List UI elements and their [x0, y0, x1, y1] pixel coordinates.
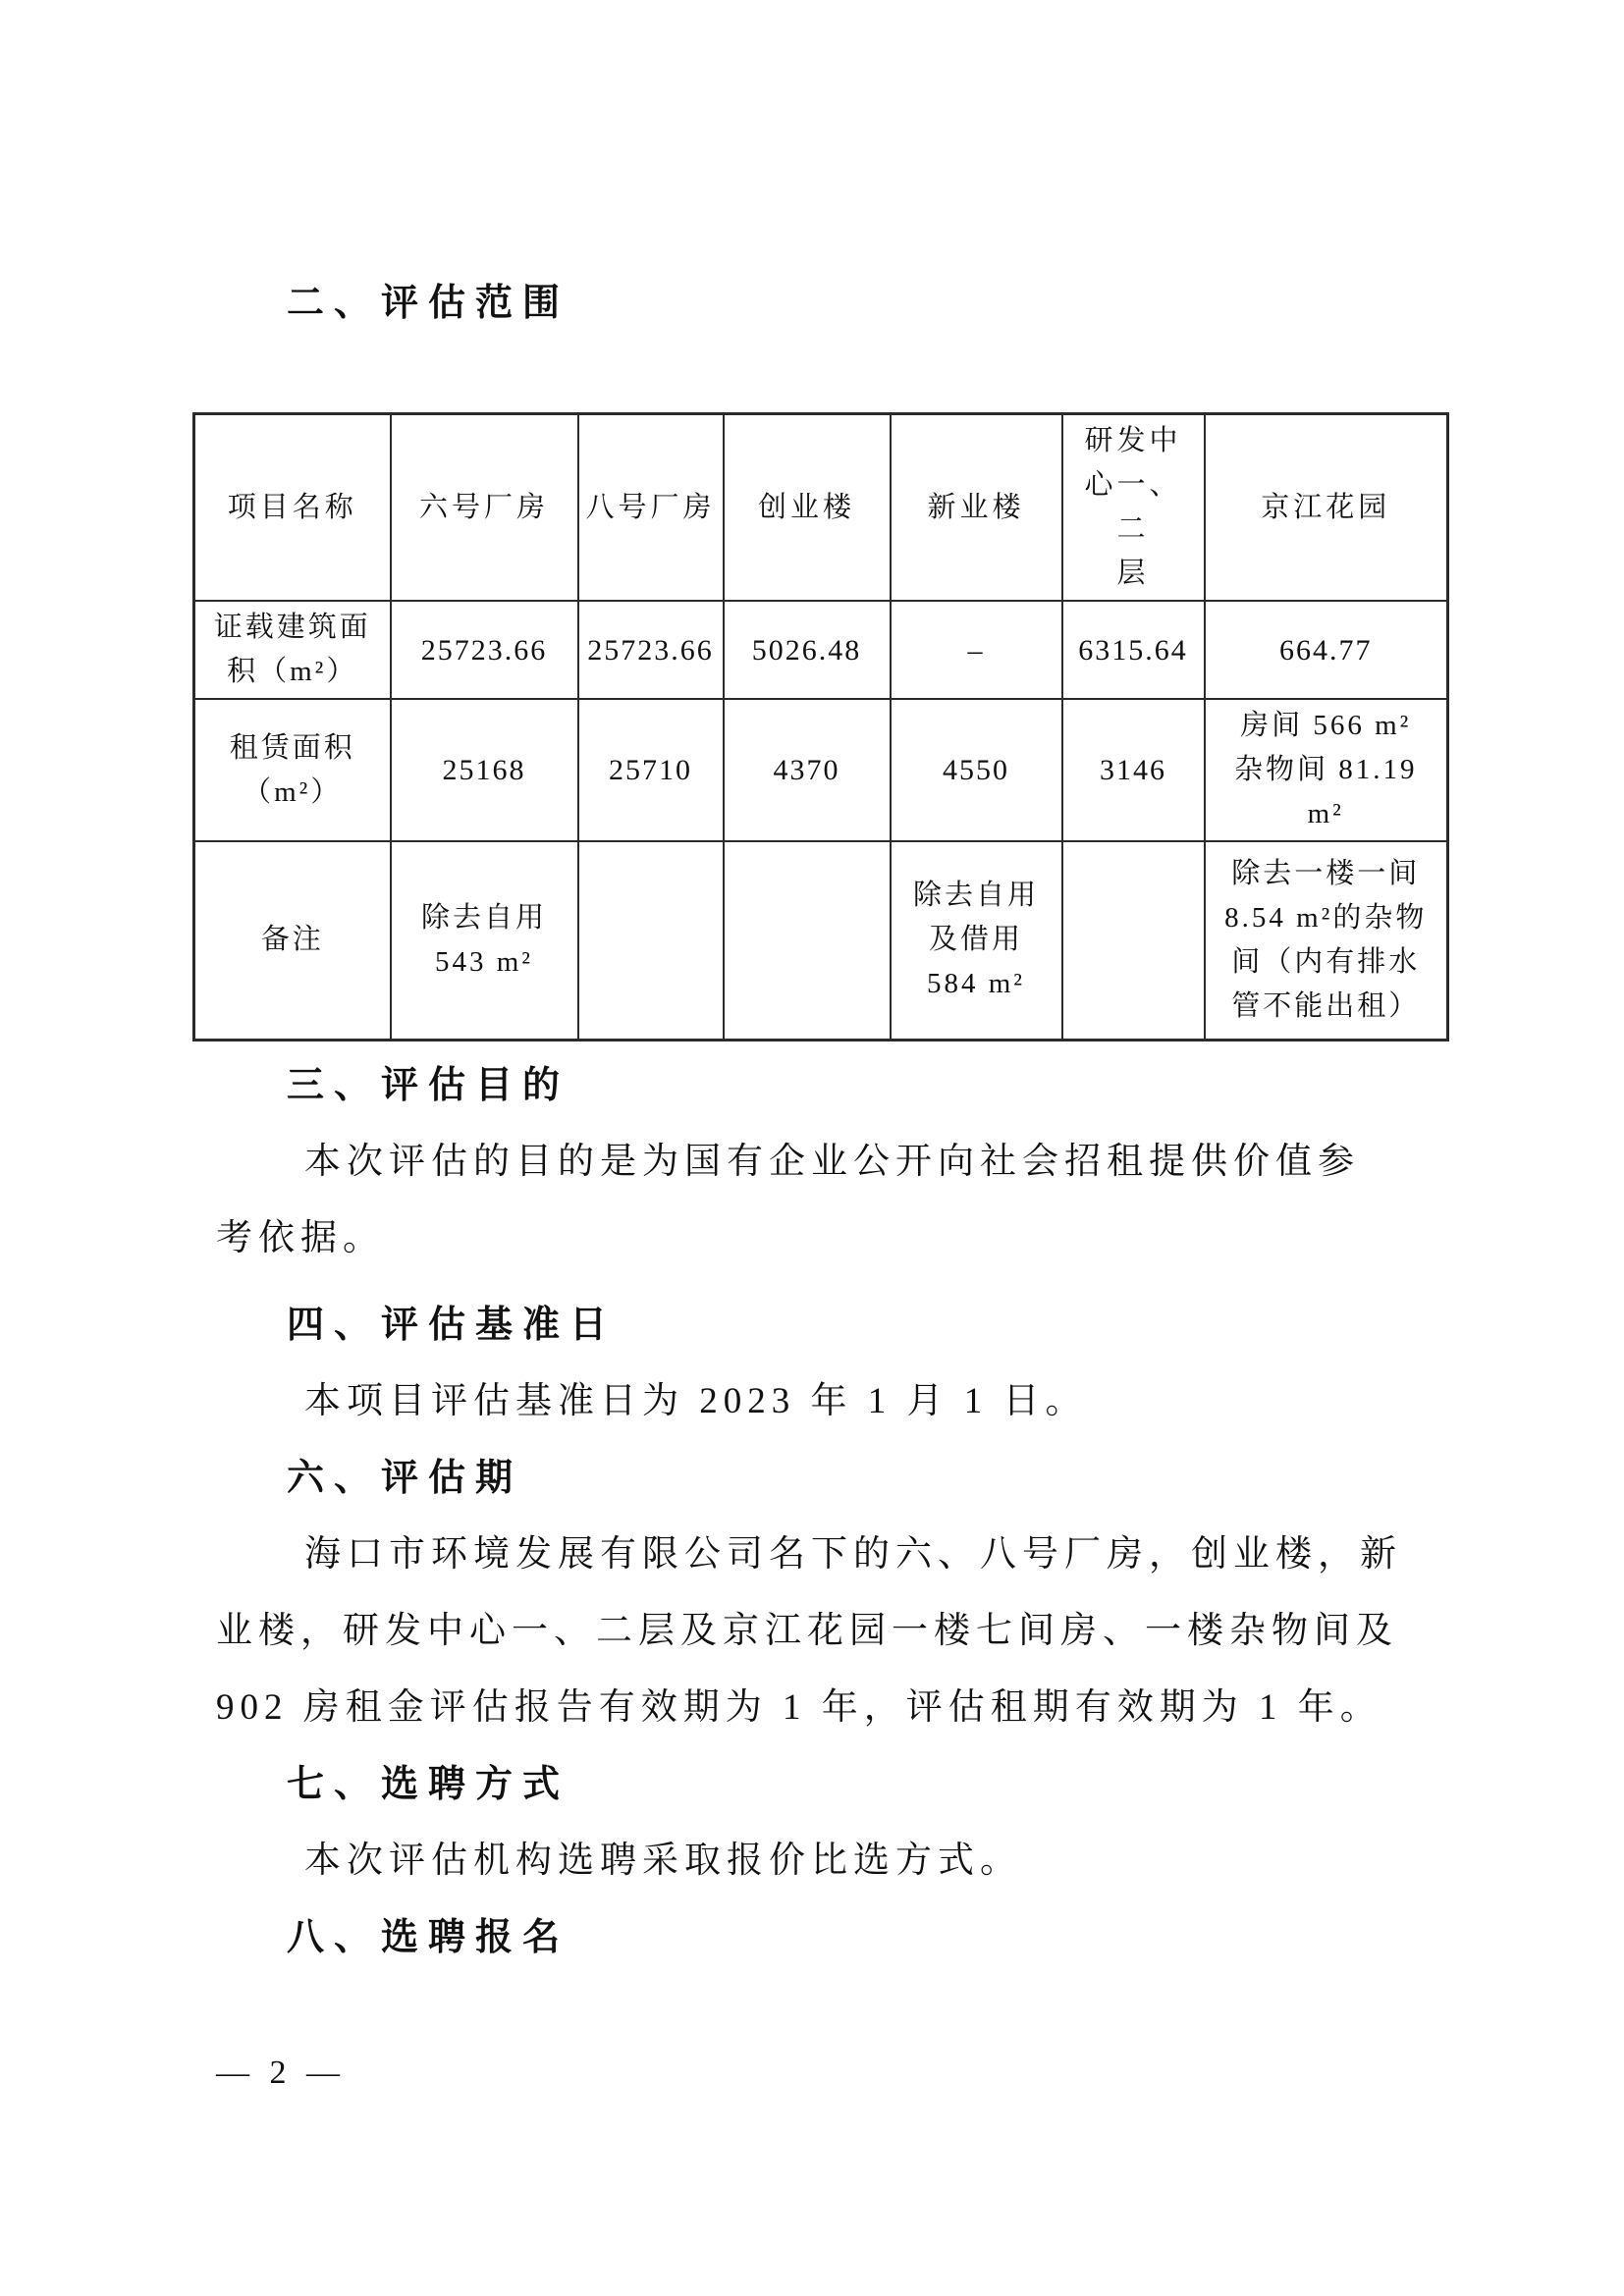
section-heading-base-date: 四、评估基准日 — [216, 1287, 1408, 1363]
table-header-cell: 创业楼 — [724, 414, 891, 602]
paragraph-base-date: 本项目评估基准日为 2023 年 1 月 1 日。 — [216, 1363, 1408, 1440]
table-header-cell: 六号厂房 — [391, 414, 578, 602]
table-cell: 6315.64 — [1062, 601, 1205, 699]
table-cell: 5026.48 — [724, 601, 891, 699]
table-cell: 25710 — [578, 699, 724, 841]
table-cell: – — [891, 601, 1062, 699]
table-cell: 664.77 — [1205, 601, 1448, 699]
table-cell: 4550 — [891, 699, 1062, 841]
table-cell — [724, 841, 891, 1040]
table-cell: 25168 — [391, 699, 578, 841]
section-heading-period: 六、评估期 — [216, 1440, 1408, 1517]
table-cell: 除去自用 及借用 584 m² — [891, 841, 1062, 1040]
evaluation-scope-table: 项目名称 六号厂房 八号厂房 创业楼 新业楼 研发中 心一、二 层 京江花园 证… — [192, 412, 1449, 1041]
table-cell: 25723.66 — [391, 601, 578, 699]
table-cell: 4370 — [724, 699, 891, 841]
table-cell: 除去一楼一间 8.54 m²的杂物 间（内有排水 管不能出租） — [1205, 841, 1448, 1040]
table-row: 租赁面积 （m²） 25168 25710 4370 4550 3146 房间 … — [194, 699, 1448, 841]
table-cell — [1062, 841, 1205, 1040]
paragraph-selection-method: 本次评估机构选聘采取报价比选方式。 — [216, 1823, 1408, 1899]
table-header-cell: 京江花园 — [1205, 414, 1448, 602]
table-header-cell: 研发中 心一、二 层 — [1062, 414, 1205, 602]
section-heading-selection-method: 七、选聘方式 — [216, 1746, 1408, 1823]
table-cell: 除去自用 543 m² — [391, 841, 578, 1040]
row-label-cell: 租赁面积 （m²） — [194, 699, 391, 841]
table-cell: 25723.66 — [578, 601, 724, 699]
table-row: 备注 除去自用 543 m² 除去自用 及借用 584 m² 除去一楼一间 8.… — [194, 841, 1448, 1040]
document-page: 二、评估范围 项目名称 六号厂房 八号厂房 创业楼 新业楼 研发中 心一、二 层… — [0, 0, 1624, 2296]
paragraph-period: 海口市环境发展有限公司名下的六、八号厂房，创业楼，新 业楼，研发中心一、二层及京… — [216, 1517, 1408, 1746]
section-heading-registration: 八、选聘报名 — [216, 1899, 1408, 1976]
row-label-cell: 备注 — [194, 841, 391, 1040]
paragraph-purpose: 本次评估的目的是为国有企业公开向社会招租提供价值参 考依据。 — [216, 1124, 1408, 1277]
page-number: — 2 — — [216, 2055, 346, 2092]
table-cell — [578, 841, 724, 1040]
table-header-cell: 项目名称 — [194, 414, 391, 602]
table-cell: 3146 — [1062, 699, 1205, 841]
table-cell: 房间 566 m² 杂物间 81.19 m² — [1205, 699, 1448, 841]
table-header-cell: 新业楼 — [891, 414, 1062, 602]
table-row: 证载建筑面 积（m²） 25723.66 25723.66 5026.48 – … — [194, 601, 1448, 699]
row-label-cell: 证载建筑面 积（m²） — [194, 601, 391, 699]
section-heading-scope: 二、评估范围 — [216, 265, 1408, 342]
section-heading-purpose: 三、评估目的 — [216, 1047, 1408, 1124]
table-header-row: 项目名称 六号厂房 八号厂房 创业楼 新业楼 研发中 心一、二 层 京江花园 — [194, 414, 1448, 602]
table-header-cell: 八号厂房 — [578, 414, 724, 602]
